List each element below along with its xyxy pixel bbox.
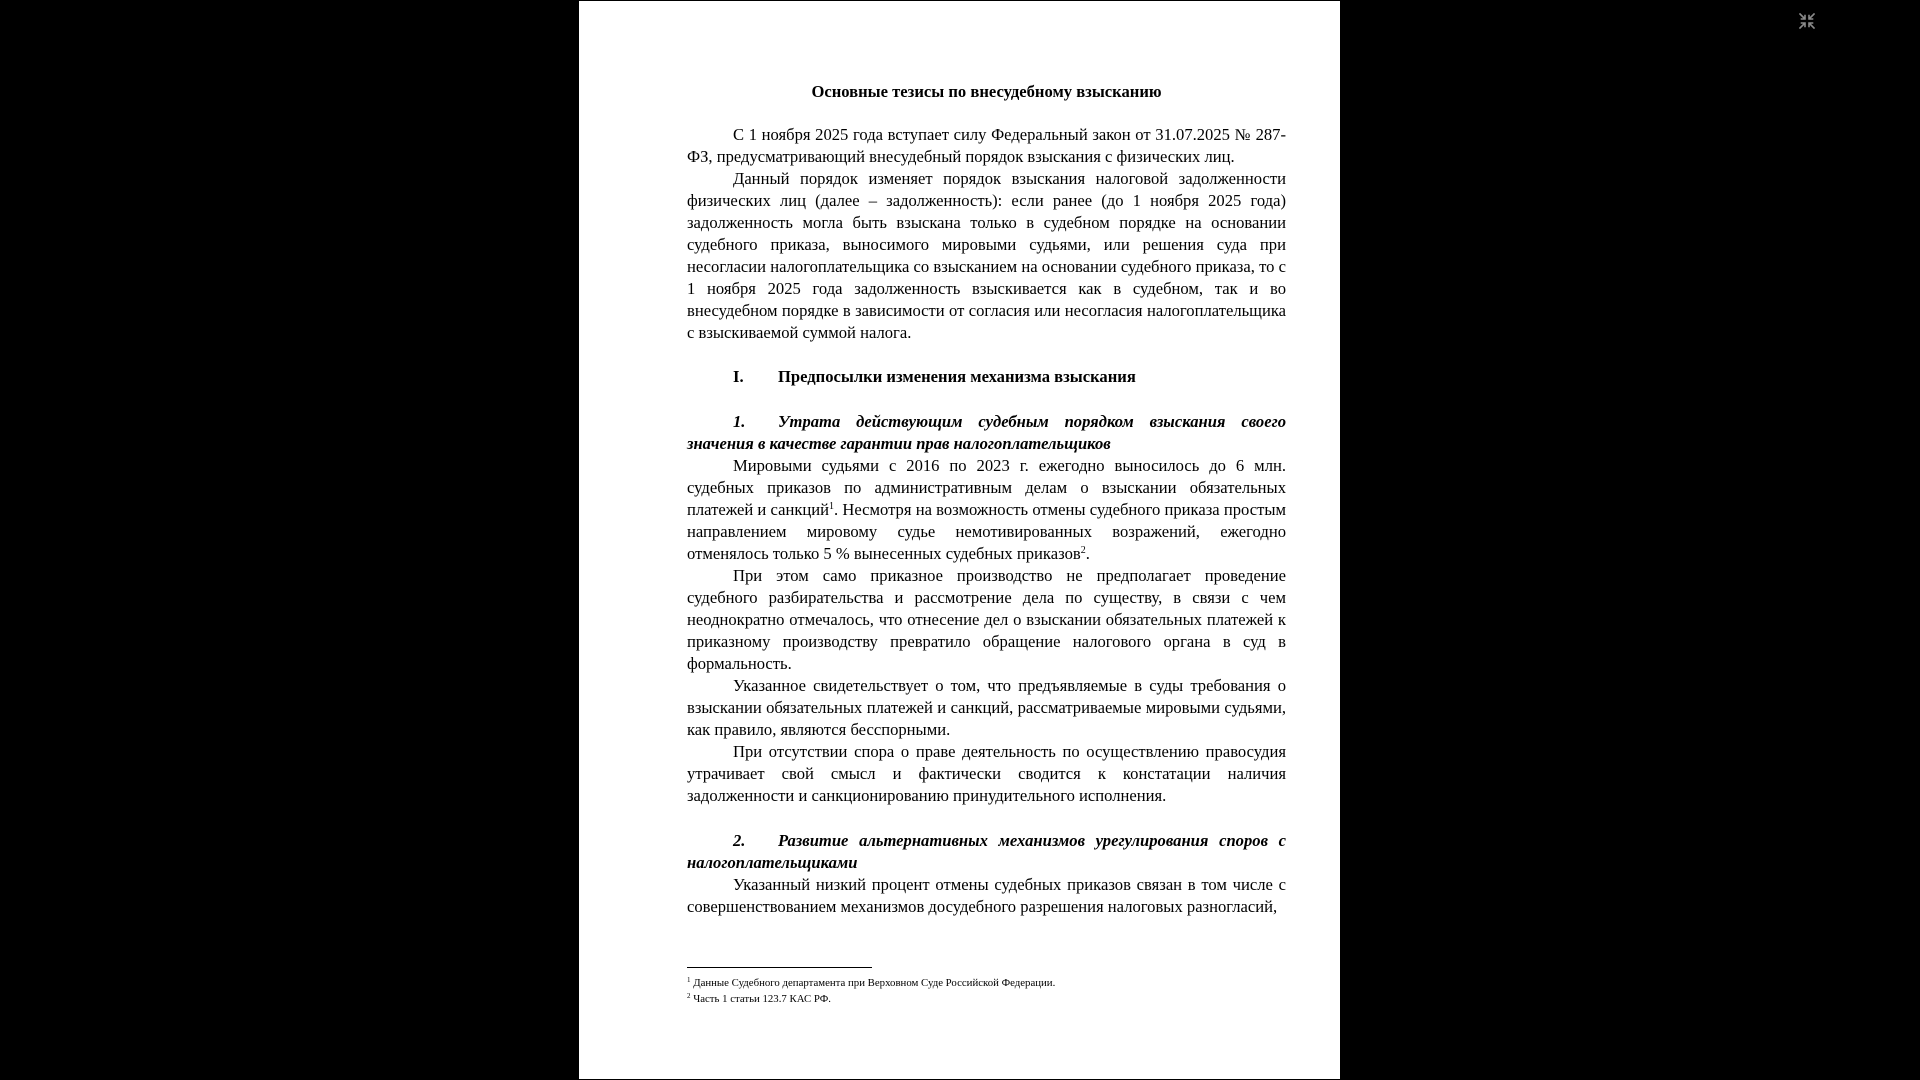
subsection-number: 2. bbox=[733, 830, 778, 852]
section-heading-1: I. Предпосылки изменения механизма взыск… bbox=[687, 366, 1286, 388]
subsection-heading-2: 2.Развитие альтернативных механизмов уре… bbox=[687, 830, 1286, 874]
page-content: Основные тезисы по внесудебному взыскани… bbox=[687, 81, 1286, 918]
footnote-text: Данные Судебного департамента при Верхов… bbox=[691, 977, 1056, 989]
footnote-2: 2 Часть 1 статьи 123.7 КАС РФ. bbox=[687, 991, 1055, 1007]
footnote-1: 1 Данные Судебного департамента при Верх… bbox=[687, 975, 1055, 991]
document-page: Основные тезисы по внесудебному взыскани… bbox=[579, 1, 1340, 1079]
body-paragraph: При этом само приказное производство не … bbox=[687, 565, 1286, 675]
subsection-heading-1: 1.Утрата действующим судебным порядком в… bbox=[687, 411, 1286, 455]
subsection-number: 1. bbox=[733, 411, 778, 433]
body-paragraph: Указанный низкий процент отмены судебных… bbox=[687, 874, 1286, 918]
document-viewer: Основные тезисы по внесудебному взыскани… bbox=[0, 0, 1920, 1080]
intro-paragraph-1: С 1 ноября 2025 года вступает силу Федер… bbox=[687, 124, 1286, 168]
footnote-separator bbox=[687, 967, 872, 968]
footnote-text: Часть 1 статьи 123.7 КАС РФ. bbox=[691, 993, 831, 1005]
body-paragraph: Указанное свидетельствует о том, что пре… bbox=[687, 675, 1286, 741]
body-paragraph-statistics: Мировыми судьями с 2016 по 2023 г. ежего… bbox=[687, 455, 1286, 565]
document-title: Основные тезисы по внесудебному взыскани… bbox=[687, 81, 1286, 103]
text-segment: . bbox=[1086, 544, 1090, 563]
spacer bbox=[687, 807, 1286, 830]
footnotes: 1 Данные Судебного департамента при Верх… bbox=[687, 975, 1055, 1007]
intro-paragraph-2: Данный порядок изменяет порядок взыскани… bbox=[687, 168, 1286, 344]
exit-fullscreen-button[interactable] bbox=[1799, 13, 1815, 29]
section-title: Предпосылки изменения механизма взыскани… bbox=[778, 366, 1136, 388]
section-number: I. bbox=[733, 366, 778, 388]
body-paragraph: При отсутствии спора о праве деятельност… bbox=[687, 741, 1286, 807]
exit-fullscreen-icon bbox=[1799, 13, 1815, 29]
